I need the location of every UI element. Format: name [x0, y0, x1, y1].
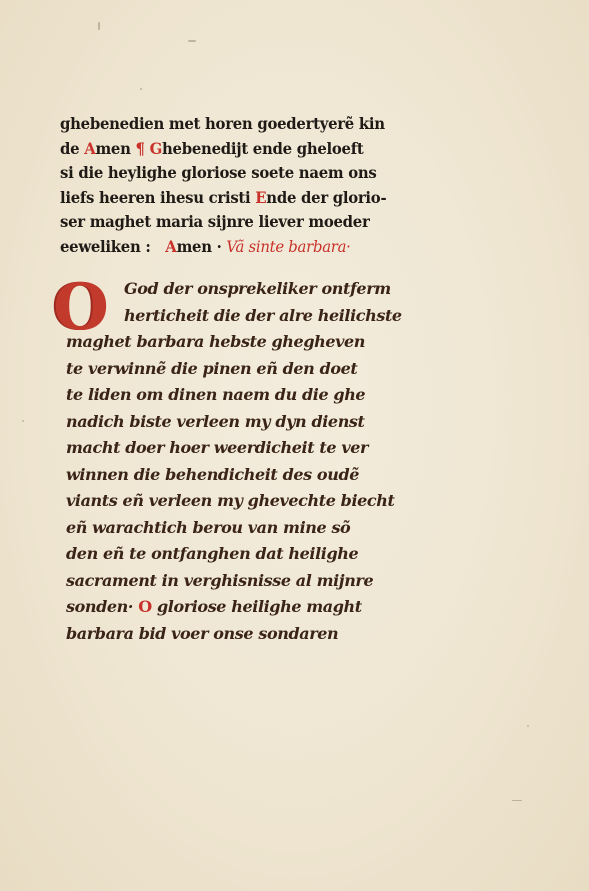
line-text: barbara bid voer onse sondaren — [66, 624, 338, 643]
printed-text-block: ghebenedien met horen goedertyerẽ kin de… — [60, 112, 450, 259]
line-text: hebenedijt ende gheloeft — [162, 139, 363, 158]
paper-speck — [527, 725, 529, 727]
line-text: te liden om dinen naem du die ghe — [66, 385, 365, 404]
line-text: ghebenedien met horen goedertyerẽ kin — [60, 114, 385, 133]
paragraph-mark-icon: ¶ — [131, 139, 150, 158]
line-text: macht doer hoer weerdicheit te ver — [66, 438, 368, 457]
manuscript-line: God der onsprekeliker ontferm — [66, 276, 446, 303]
rubricated-letter: A — [165, 237, 176, 256]
line-text: ser maghet maria sijnre liever moeder — [60, 212, 370, 231]
manuscript-line: te liden om dinen naem du die ghe — [66, 382, 446, 409]
printed-line: ghebenedien met horen goedertyerẽ kin — [60, 112, 434, 137]
manuscript-line: maghet barbara hebste ghegheven — [66, 329, 446, 356]
manuscript-line: den eñ te ontfanghen dat heilighe — [66, 541, 446, 568]
line-text: winnen die behendicheit des oudẽ — [66, 465, 359, 484]
line-text: liefs heeren ihesu cristi — [60, 188, 255, 207]
printed-line: eeweliken : Amen · Vã sinte barbara· — [60, 235, 434, 260]
printed-line: si die heylighe gloriose soete naem ons — [60, 161, 434, 186]
paper-speck — [512, 800, 522, 801]
manuscript-line: sacrament in verghisnisse al mijnre — [66, 568, 446, 595]
manuscript-line: te verwinnẽ die pinen eñ den doet — [66, 356, 446, 383]
manuscript-line: macht doer hoer weerdicheit te ver — [66, 435, 446, 462]
manuscript-line: eñ warachtich berou van mine sõ — [66, 515, 446, 542]
line-text: gloriose heilighe maght — [152, 597, 362, 616]
paper-speck — [188, 40, 196, 42]
line-text: maghet barbara hebste ghegheven — [66, 332, 365, 351]
rubric-heading: Vã sinte barbara· — [226, 238, 350, 256]
line-text: nadich biste verleen my dyn dienst — [66, 412, 365, 431]
line-text: men · — [177, 237, 222, 256]
printed-line: de Amen ¶ Ghebenedijt ende gheloeft — [60, 137, 434, 162]
printed-line: liefs heeren ihesu cristi Ende der glori… — [60, 186, 434, 211]
manuscript-line: herticheit die der alre heilichste — [66, 303, 446, 330]
line-text: viants eñ verleen my ghevechte biecht — [66, 491, 394, 510]
paper-speck — [98, 22, 100, 30]
line-text: eeweliken : — [60, 237, 165, 256]
line-text: herticheit die der alre heilichste — [124, 306, 402, 325]
manuscript-text-block: God der onsprekeliker ontferm herticheit… — [66, 276, 446, 647]
line-text: sacrament in verghisnisse al mijnre — [66, 571, 373, 590]
manuscript-page: ghebenedien met horen goedertyerẽ kin de… — [0, 0, 589, 891]
manuscript-line: viants eñ verleen my ghevechte biecht — [66, 488, 446, 515]
manuscript-line: sonden· O gloriose heilighe maght — [66, 594, 446, 621]
line-text: te verwinnẽ die pinen eñ den doet — [66, 359, 357, 378]
line-text: eñ warachtich berou van mine sõ — [66, 518, 350, 537]
line-text: nde der glorio- — [266, 188, 386, 207]
manuscript-line: barbara bid voer onse sondaren — [66, 621, 446, 648]
rubricated-letter: G — [150, 139, 162, 158]
paper-speck — [140, 88, 142, 90]
manuscript-line: nadich biste verleen my dyn dienst — [66, 409, 446, 436]
line-text: si die heylighe gloriose soete naem ons — [60, 163, 376, 182]
line-text: de — [60, 139, 84, 158]
paper-speck — [22, 420, 24, 422]
rubricated-letter: E — [255, 188, 266, 207]
manuscript-line: winnen die behendicheit des oudẽ — [66, 462, 446, 489]
line-text: God der onsprekeliker ontferm — [124, 279, 391, 298]
rubricated-letter: A — [84, 139, 95, 158]
line-text: men — [95, 139, 130, 158]
line-text: sonden· — [66, 597, 138, 616]
line-text: den eñ te ontfanghen dat heilighe — [66, 544, 358, 563]
printed-line: ser maghet maria sijnre liever moeder — [60, 210, 434, 235]
rubricated-letter: O — [138, 597, 152, 616]
